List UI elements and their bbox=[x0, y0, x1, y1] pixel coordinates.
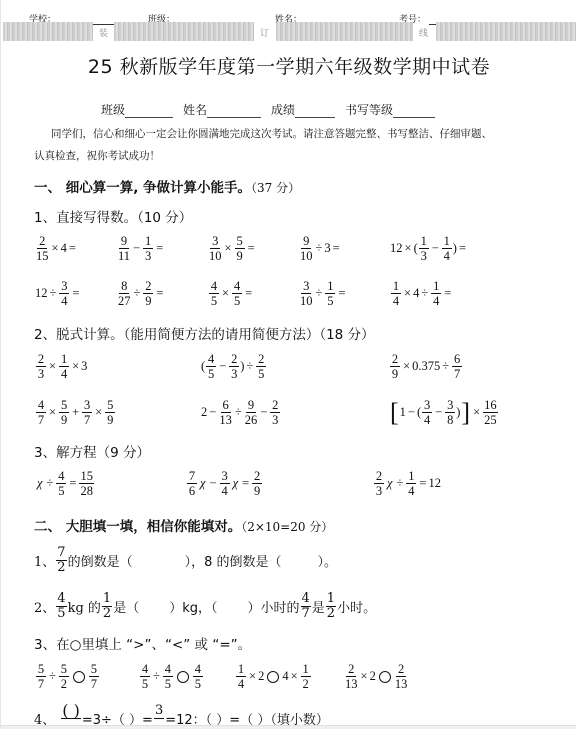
operator: − bbox=[133, 241, 140, 256]
math-expression: 23×14×3 bbox=[35, 352, 87, 381]
fill-question-1: 1、 72 的倒数是（ ），8 的倒数是（ ）。 bbox=[34, 546, 337, 575]
denominator: 15 bbox=[36, 249, 49, 263]
section-1-points: （37 分） bbox=[251, 181, 300, 195]
denominator: 7 bbox=[302, 607, 310, 621]
operator: = bbox=[248, 241, 255, 256]
operator: − bbox=[210, 476, 217, 491]
operator: × bbox=[473, 405, 480, 420]
operator: × bbox=[49, 405, 56, 420]
number: ) bbox=[456, 405, 460, 420]
numerator: 4 bbox=[193, 662, 203, 677]
fill-question-3-heading: 3、在○里填上 “>”、“<” 或 “=”。 bbox=[34, 633, 251, 653]
denominator: 5 bbox=[195, 677, 201, 691]
numerator: 1 bbox=[236, 662, 246, 677]
denominator: 3 bbox=[421, 249, 427, 263]
numerator: 5 bbox=[59, 662, 69, 677]
denominator: 4 bbox=[238, 677, 244, 691]
meta-field-label: 姓名 bbox=[183, 101, 207, 118]
operator: ÷ bbox=[47, 476, 54, 491]
fraction: 47 bbox=[301, 592, 311, 621]
math-expression: 14×4÷14= bbox=[390, 279, 453, 308]
fraction: 213 bbox=[345, 662, 358, 691]
numerator: 3 bbox=[220, 469, 230, 484]
fraction: 34 bbox=[220, 469, 230, 498]
fraction: 45 bbox=[206, 352, 216, 381]
binding-strip bbox=[436, 22, 576, 41]
fraction: 215 bbox=[36, 234, 49, 263]
operator: = bbox=[242, 476, 249, 491]
math-expression: 827÷29= bbox=[117, 279, 165, 308]
math-expression: 45×45= bbox=[208, 279, 254, 308]
denominator: 4 bbox=[408, 484, 414, 498]
numerator: 5 bbox=[235, 234, 245, 249]
numerator: 3 bbox=[445, 398, 455, 413]
operator: = bbox=[156, 286, 163, 301]
number: 3 bbox=[81, 359, 87, 374]
operator: − bbox=[260, 405, 267, 420]
operator: × bbox=[222, 286, 229, 301]
operator: = bbox=[459, 241, 466, 256]
denominator: 9 bbox=[145, 294, 151, 308]
compare-item: 14×24×12 bbox=[235, 662, 312, 691]
math-expression: [1−(34−38)]×1625 bbox=[389, 398, 499, 427]
numerator: 4 bbox=[232, 279, 242, 294]
denominator: 7 bbox=[454, 367, 460, 381]
operator: − bbox=[408, 405, 415, 420]
numerator: 1 bbox=[431, 279, 441, 294]
section-2-title: 二、 大胆填一填，相信你能填对。 bbox=[34, 519, 241, 535]
fraction: 59 bbox=[105, 398, 115, 427]
numerator: 1 bbox=[325, 279, 335, 294]
denominator: 4 bbox=[393, 294, 399, 308]
section-1-title: 一、 细心算一算, 争做计算小能手。 bbox=[34, 180, 251, 196]
fraction: 827 bbox=[118, 279, 131, 308]
denominator: 3 bbox=[231, 367, 237, 381]
numerator: 2 bbox=[36, 352, 46, 367]
numerator: 2 bbox=[390, 352, 400, 367]
denominator: 4 bbox=[424, 413, 430, 427]
compare-circle-icon[interactable] bbox=[267, 671, 279, 683]
compare-circle-icon[interactable] bbox=[73, 671, 85, 683]
operator: × bbox=[52, 241, 59, 256]
denominator: 4 bbox=[433, 294, 439, 308]
math-expression: χ÷45=1528 bbox=[35, 469, 95, 498]
denominator: 4 bbox=[221, 484, 227, 498]
number: 4 bbox=[282, 669, 288, 684]
numerator: 2 bbox=[396, 662, 406, 677]
operator: × bbox=[403, 359, 410, 374]
denominator: 3 bbox=[376, 484, 382, 498]
denominator: 9 bbox=[254, 484, 260, 498]
part-3-heading: 3、解方程（9 分） bbox=[34, 441, 150, 461]
question-number: 2、 bbox=[34, 597, 55, 616]
fraction: 310 bbox=[209, 234, 222, 263]
fraction: 1528 bbox=[79, 469, 94, 498]
fraction: 52 bbox=[59, 662, 69, 691]
fraction: 23 bbox=[36, 352, 46, 381]
number: 1 bbox=[400, 405, 406, 420]
numerator: 3 bbox=[210, 234, 220, 249]
denominator: 2 bbox=[57, 561, 65, 575]
operator: ÷ bbox=[49, 669, 56, 684]
numerator: 3 bbox=[59, 279, 69, 294]
denominator: 27 bbox=[118, 294, 131, 308]
numerator: 2 bbox=[374, 469, 384, 484]
math-expression: (45−23)÷25 bbox=[201, 352, 267, 381]
bracket: ] bbox=[461, 400, 470, 426]
part-2-heading: 2、脱式计算。（能用简便方法的请用简便方法）（18 分） bbox=[34, 323, 375, 343]
numerator: 4 bbox=[301, 592, 311, 607]
variable: χ bbox=[37, 476, 43, 491]
fraction: 13 bbox=[143, 234, 153, 263]
operator: − bbox=[435, 405, 442, 420]
section-2-points: （2×10=20 分） bbox=[241, 520, 333, 534]
fraction: 12 bbox=[102, 592, 112, 621]
fraction: 926 bbox=[245, 398, 258, 427]
numerator: 3 bbox=[422, 398, 432, 413]
number: 12 bbox=[390, 241, 403, 256]
denominator: 5 bbox=[165, 677, 171, 691]
operator: ÷ bbox=[246, 359, 253, 374]
fraction: 45 bbox=[232, 279, 242, 308]
operator: = bbox=[444, 286, 451, 301]
numerator: 3 bbox=[82, 398, 92, 413]
binding-strip bbox=[276, 22, 413, 41]
fraction: 57 bbox=[89, 662, 99, 691]
question-text: 小时。 bbox=[337, 597, 376, 616]
numerator: 1 bbox=[326, 592, 336, 607]
fraction: 12 bbox=[301, 662, 311, 691]
page-title: 25 秋新版学年度第一学期六年级数学期中试卷 bbox=[1, 52, 576, 79]
denominator: 5 bbox=[234, 294, 240, 308]
numerator: 1 bbox=[391, 279, 401, 294]
fraction: 23 bbox=[270, 398, 280, 427]
number: 2 bbox=[201, 405, 207, 420]
operator: ÷ bbox=[316, 241, 323, 256]
number: 4 bbox=[413, 286, 419, 301]
denominator: 7 bbox=[38, 413, 44, 427]
fraction: 14 bbox=[431, 279, 441, 308]
compare-item: 213×2213 bbox=[344, 662, 408, 691]
numerator: 6 bbox=[221, 398, 231, 413]
math-expression: 310×59= bbox=[208, 234, 257, 263]
fraction: 57 bbox=[36, 662, 46, 691]
denominator: 13 bbox=[395, 677, 408, 691]
part-1-heading: 1、直接写得数。（10 分） bbox=[34, 206, 192, 226]
denominator: 2 bbox=[327, 607, 335, 621]
section-2-heading: 二、 大胆填一填，相信你能填对。（2×10=20 分） bbox=[34, 515, 333, 535]
math-expression: 310÷15= bbox=[299, 279, 347, 308]
numerator: 15 bbox=[79, 469, 94, 484]
number: 0.375 bbox=[412, 359, 440, 374]
operator: ÷ bbox=[316, 286, 323, 301]
fraction: 76 bbox=[187, 469, 197, 498]
fraction: 37 bbox=[82, 398, 92, 427]
numerator: 2 bbox=[37, 234, 47, 249]
question-text: 是 bbox=[312, 597, 325, 616]
numerator: 2 bbox=[143, 279, 153, 294]
math-expression: 910÷3= bbox=[299, 234, 342, 263]
math-expression: 76χ−34χ=29 bbox=[186, 469, 263, 498]
denominator: 9 bbox=[61, 413, 67, 427]
numerator: 1 bbox=[143, 234, 153, 249]
binding-char-xian: 线 bbox=[419, 26, 428, 39]
fraction: 29 bbox=[143, 279, 153, 308]
fraction: 13 bbox=[419, 234, 429, 263]
denominator: 10 bbox=[209, 249, 222, 263]
operator: = bbox=[72, 286, 79, 301]
fraction: 14 bbox=[391, 279, 401, 308]
denominator: 2 bbox=[61, 677, 67, 691]
math-expression: 23χ÷14=12 bbox=[373, 469, 441, 498]
numerator: 4 bbox=[140, 662, 150, 677]
fraction: 45 bbox=[56, 469, 66, 498]
numerator: 5 bbox=[105, 398, 115, 413]
denominator: 4 bbox=[61, 294, 67, 308]
numerator: 2 bbox=[252, 469, 262, 484]
numerator: 1 bbox=[301, 662, 311, 677]
number: ) bbox=[453, 241, 457, 256]
meta-field-input[interactable] bbox=[393, 105, 435, 118]
numerator: 8 bbox=[119, 279, 129, 294]
numerator: 6 bbox=[452, 352, 462, 367]
operator: = bbox=[156, 241, 163, 256]
operator: = bbox=[245, 286, 252, 301]
operator: ÷ bbox=[134, 286, 141, 301]
variable: χ bbox=[200, 476, 206, 491]
operator: ÷ bbox=[442, 359, 449, 374]
bracket: [ bbox=[390, 400, 399, 426]
number: 12 bbox=[428, 476, 441, 491]
denominator: 6 bbox=[189, 484, 195, 498]
operator: × bbox=[405, 241, 412, 256]
numerator: 1 bbox=[442, 234, 452, 249]
numerator: 4 bbox=[163, 662, 173, 677]
denominator: 13 bbox=[345, 677, 358, 691]
numerator: 1 bbox=[102, 592, 112, 607]
operator: = bbox=[338, 286, 345, 301]
numerator: 7 bbox=[187, 469, 197, 484]
fraction: 59 bbox=[235, 234, 245, 263]
fraction: 45 bbox=[56, 592, 66, 621]
operator: − bbox=[219, 359, 226, 374]
math-expression: 215×4= bbox=[35, 234, 78, 263]
operator: ÷ bbox=[397, 476, 404, 491]
operator: = bbox=[419, 476, 426, 491]
meta-field-input[interactable] bbox=[207, 105, 261, 118]
numerator: 5 bbox=[36, 662, 46, 677]
fraction: 47 bbox=[36, 398, 46, 427]
math-expression: 12×(13−14)= bbox=[390, 234, 468, 263]
fraction: 1625 bbox=[483, 398, 498, 427]
numerator: 2 bbox=[256, 352, 266, 367]
denominator: 4 bbox=[444, 249, 450, 263]
operator: × bbox=[291, 669, 298, 684]
section-1-heading: 一、 细心算一算, 争做计算小能手。（37 分） bbox=[34, 176, 300, 196]
denominator: 3 bbox=[145, 249, 151, 263]
number: ( bbox=[201, 359, 205, 374]
compare-circle-icon[interactable] bbox=[379, 671, 391, 683]
fraction: 14 bbox=[59, 352, 69, 381]
denominator: 11 bbox=[118, 249, 130, 263]
meta-field-label: 书写等级 bbox=[345, 101, 393, 118]
operator: + bbox=[72, 405, 79, 420]
numerator: 9 bbox=[119, 234, 129, 249]
numerator-blank[interactable]: ( ) bbox=[61, 704, 81, 719]
meta-field-label: 班级 bbox=[101, 101, 125, 118]
math-expression: 911−13= bbox=[117, 234, 165, 263]
meta-field-input[interactable] bbox=[295, 105, 335, 118]
denominator: 7 bbox=[38, 677, 44, 691]
numerator: 2 bbox=[270, 398, 280, 413]
numerator: 4 bbox=[209, 279, 219, 294]
number: ) bbox=[240, 359, 244, 374]
math-expression: 29×0.375÷67 bbox=[389, 352, 463, 381]
operator: = bbox=[333, 241, 340, 256]
denominator: 9 bbox=[392, 367, 398, 381]
fraction: 29 bbox=[390, 352, 400, 381]
denominator: 9 bbox=[107, 413, 113, 427]
math-expression: 12÷34= bbox=[35, 279, 81, 308]
fraction: 23 bbox=[374, 469, 384, 498]
math-expression: 47×59+37×59 bbox=[35, 398, 116, 427]
denominator: 3 bbox=[272, 413, 278, 427]
question-text: 是（ bbox=[113, 597, 139, 616]
fraction: 45 bbox=[163, 662, 173, 691]
operator: ÷ bbox=[235, 405, 242, 420]
operator: × bbox=[249, 669, 256, 684]
denominator: 5 bbox=[142, 677, 148, 691]
denominator: 9 bbox=[236, 249, 242, 263]
operator: ÷ bbox=[50, 286, 57, 301]
intro-line-1: 同学们，信心和细心一定会让你圆满地完成这次考试。请注意答题完整、书写整洁、仔细审… bbox=[51, 123, 571, 145]
number: ( bbox=[417, 405, 421, 420]
fraction: 23 bbox=[229, 352, 239, 381]
numerator: 5 bbox=[89, 662, 99, 677]
page-bottom-edge bbox=[1, 725, 576, 729]
denominator: 28 bbox=[80, 484, 93, 498]
binding-char-zhuang: 装 bbox=[99, 26, 108, 39]
fraction: 310 bbox=[300, 279, 313, 308]
question-text: ）小时的 bbox=[247, 597, 299, 616]
fill-question-2: 2、 45 kg 的 12 是（ ）kg，（ ）小时的 47 是 12 小时。 bbox=[34, 592, 376, 621]
compare-circle-icon[interactable] bbox=[177, 671, 189, 683]
fraction: 213 bbox=[395, 662, 408, 691]
operator: = bbox=[69, 241, 76, 256]
numerator: 1 bbox=[59, 352, 69, 367]
question-text: ），8 的倒数是（ bbox=[185, 551, 282, 570]
numerator: 4 bbox=[36, 398, 46, 413]
fraction: 25 bbox=[256, 352, 266, 381]
operator: − bbox=[209, 405, 216, 420]
fraction: 15 bbox=[325, 279, 335, 308]
operator: × bbox=[49, 359, 56, 374]
denominator: 7 bbox=[91, 677, 97, 691]
denominator: 5 bbox=[258, 367, 264, 381]
numerator: 16 bbox=[483, 398, 498, 413]
operator: × bbox=[361, 669, 368, 684]
denominator: 3 bbox=[38, 367, 44, 381]
fraction: 14 bbox=[442, 234, 452, 263]
numerator: 3 bbox=[301, 279, 311, 294]
exam-page: 学校：班级：姓名：考号： 装 订 线 25 秋新版学年度第一学期六年级数学期中试… bbox=[0, 0, 576, 729]
numerator: 7 bbox=[56, 546, 66, 561]
fraction: 45 bbox=[193, 662, 203, 691]
meta-field-input[interactable] bbox=[125, 105, 173, 118]
fraction: 45 bbox=[140, 662, 150, 691]
fraction: 14 bbox=[236, 662, 246, 691]
operator: = bbox=[69, 476, 76, 491]
question-text: ）kg，（ bbox=[169, 597, 217, 616]
operator: × bbox=[404, 286, 411, 301]
variable: χ bbox=[233, 476, 239, 491]
numerator: 4 bbox=[56, 469, 66, 484]
fraction: 34 bbox=[59, 279, 69, 308]
denominator: 13 bbox=[219, 413, 232, 427]
denominator: 7 bbox=[84, 413, 90, 427]
numerator: 4 bbox=[56, 592, 66, 607]
denominator: 8 bbox=[447, 413, 453, 427]
binding-strip bbox=[3, 22, 93, 41]
fraction: 38 bbox=[445, 398, 455, 427]
denominator: 5 bbox=[211, 294, 217, 308]
denominator: 25 bbox=[484, 413, 497, 427]
fraction: 14 bbox=[406, 469, 416, 498]
question-number: 1、 bbox=[34, 551, 55, 570]
numerator: 1 bbox=[406, 469, 416, 484]
denominator: 10 bbox=[300, 249, 313, 263]
numerator: 9 bbox=[301, 234, 311, 249]
denominator: 4 bbox=[61, 367, 67, 381]
number: 12 bbox=[35, 286, 48, 301]
number: 2 bbox=[370, 669, 376, 684]
number: 4 bbox=[61, 241, 67, 256]
denominator: 2 bbox=[103, 607, 111, 621]
operator: × bbox=[225, 241, 232, 256]
meta-field-label: 成绩 bbox=[271, 101, 295, 118]
intro-line-2: 认真检查，祝你考试成功！ bbox=[34, 145, 554, 167]
question-text: ）。 bbox=[317, 551, 337, 570]
operator: × bbox=[95, 405, 102, 420]
fraction: 29 bbox=[252, 469, 262, 498]
fraction: 72 bbox=[56, 546, 66, 575]
fraction: 12 bbox=[326, 592, 336, 621]
denominator: 2 bbox=[303, 677, 309, 691]
fraction: 67 bbox=[452, 352, 462, 381]
binding-char-ding: 订 bbox=[260, 26, 269, 39]
question-text: kg 的 bbox=[68, 597, 101, 616]
question-text: 的倒数是（ bbox=[68, 551, 133, 570]
numerator: 5 bbox=[59, 398, 69, 413]
numerator: 9 bbox=[246, 398, 256, 413]
denominator: 10 bbox=[300, 294, 313, 308]
numerator: 1 bbox=[419, 234, 429, 249]
number: 2 bbox=[258, 669, 264, 684]
compare-item: 45÷4545 bbox=[139, 662, 204, 691]
variable: χ bbox=[387, 476, 393, 491]
numerator: 2 bbox=[229, 352, 239, 367]
number: 3 bbox=[324, 241, 330, 256]
operator: ÷ bbox=[153, 669, 160, 684]
binding-strip bbox=[114, 22, 254, 41]
numerator: 2 bbox=[346, 662, 356, 677]
math-expression: 2−613÷926−23 bbox=[201, 398, 281, 427]
operator: × bbox=[72, 359, 79, 374]
fraction: 911 bbox=[118, 234, 130, 263]
fraction: 34 bbox=[422, 398, 432, 427]
denominator: 5 bbox=[57, 607, 65, 621]
operator: − bbox=[432, 241, 439, 256]
